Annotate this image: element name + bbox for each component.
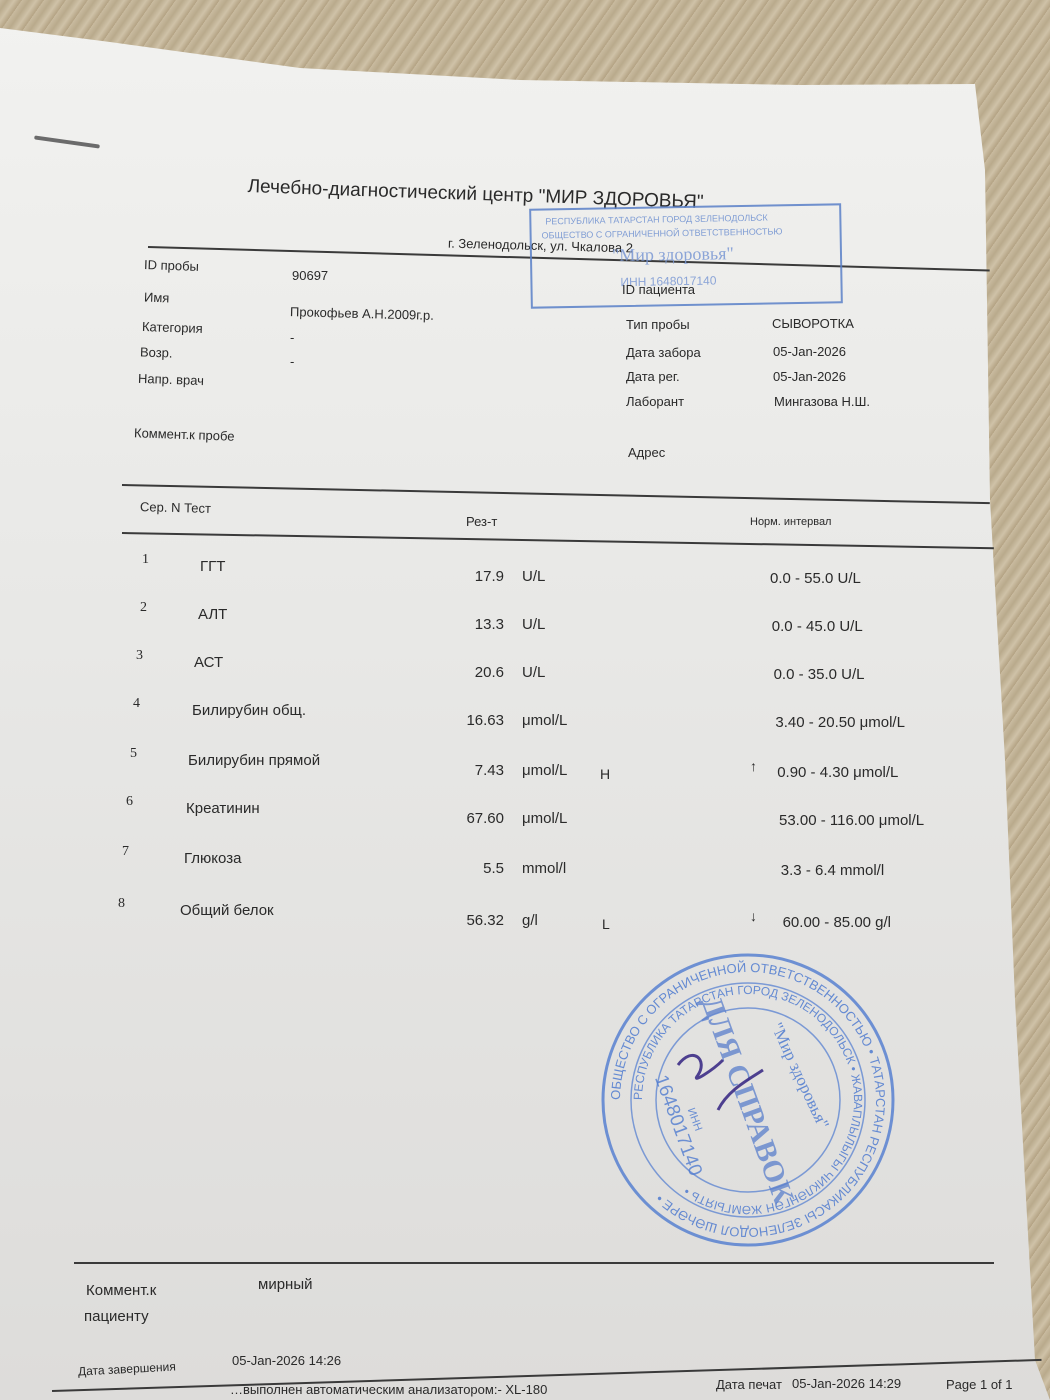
row-number: 8 — [118, 896, 125, 912]
collection-date-value: 05-Jan-2026 — [773, 344, 846, 359]
normal-range: 3.3 - 6.4 mmol/l — [781, 862, 884, 879]
abnormal-arrow-icon: ↑ — [750, 758, 757, 774]
test-name: ГГТ — [200, 558, 225, 575]
result-value: 20.6 — [440, 664, 504, 681]
print-date-label: Дата печат — [716, 1377, 782, 1392]
age-value: - — [290, 354, 294, 369]
row-number: 5 — [130, 746, 137, 762]
test-name: Билирубин прямой — [188, 752, 320, 769]
test-name: Билирубин общ. — [192, 702, 306, 719]
lab-technician-value: Мингазова Н.Ш. — [774, 394, 870, 409]
normal-range: 0.0 - 45.0 U/L — [772, 618, 863, 635]
patient-comment-label: Коммент.к — [86, 1282, 156, 1299]
result-value: 67.60 — [440, 810, 504, 827]
normal-range: 53.00 - 116.00 μmol/L — [779, 812, 924, 829]
row-number: 7 — [122, 844, 129, 860]
column-header-result: Рез-т — [466, 514, 497, 529]
address-label: Адрес — [628, 445, 665, 460]
category-label: Категория — [142, 319, 203, 336]
column-header-range: Норм. интервал — [750, 516, 831, 528]
result-value: 56.32 — [440, 912, 504, 929]
result-value: 13.3 — [440, 616, 504, 633]
row-number: 3 — [136, 648, 143, 664]
collection-date-label: Дата забора — [626, 345, 701, 360]
result-unit: μmol/L — [522, 762, 567, 779]
abnormal-arrow-icon: ↓ — [750, 908, 757, 924]
result-value: 17.9 — [440, 568, 504, 585]
svg-text:"Мир здоровья": "Мир здоровья" — [767, 1020, 833, 1132]
analyzer-note: …выполнен автоматическим анализатором:- … — [230, 1382, 547, 1397]
patient-id-label: ID пациента — [622, 282, 695, 297]
sample-type-value: СЫВОРОТКА — [772, 316, 854, 331]
result-unit: U/L — [522, 616, 545, 633]
test-name: Креатинин — [186, 800, 260, 817]
sample-type-label: Тип пробы — [626, 317, 690, 332]
name-label: Имя — [144, 290, 170, 306]
result-unit: g/l — [522, 912, 538, 929]
row-number: 4 — [133, 696, 140, 712]
normal-range: 3.40 - 20.50 μmol/L — [775, 714, 905, 731]
abnormal-flag: H — [600, 766, 610, 782]
result-unit: U/L — [522, 664, 545, 681]
completion-date-value: 05-Jan-2026 14:26 — [232, 1353, 341, 1368]
column-header-num-test: Сер. N Тест — [140, 499, 211, 516]
result-unit: μmol/L — [522, 712, 567, 729]
lab-technician-label: Лаборант — [626, 394, 684, 409]
page-number: Page 1 of 1 — [946, 1377, 1013, 1392]
registration-date-value: 05-Jan-2026 — [773, 369, 846, 384]
sample-id-value: 90697 — [292, 268, 328, 283]
result-value: 5.5 — [440, 860, 504, 877]
print-date-value: 05-Jan-2026 14:29 — [792, 1376, 901, 1391]
patient-comment-label-2: пациенту — [84, 1308, 149, 1325]
normal-range: 60.00 - 85.00 g/l — [783, 914, 891, 931]
test-name: АЛТ — [198, 606, 227, 623]
referring-doctor-label: Напр. врач — [138, 371, 204, 388]
result-unit: mmol/l — [522, 860, 566, 877]
row-number: 6 — [126, 794, 133, 810]
result-unit: U/L — [522, 568, 545, 585]
test-name: АСТ — [194, 654, 223, 671]
category-value: - — [290, 330, 294, 345]
age-label: Возр. — [140, 344, 173, 360]
stamp-name: "Мир здоровья" — [612, 243, 734, 266]
round-stamp: ОБЩЕСТВО С ОГРАНИЧЕННОЙ ОТВЕТСТВЕННОСТЬЮ… — [598, 950, 898, 1250]
result-value: 7.43 — [440, 762, 504, 779]
row-number: 2 — [140, 600, 147, 616]
result-value: 16.63 — [440, 712, 504, 729]
normal-range: 0.0 - 35.0 U/L — [774, 666, 865, 683]
test-name: Общий белок — [180, 902, 274, 919]
sample-id-label: ID пробы — [144, 257, 199, 274]
divider — [74, 1262, 994, 1264]
normal-range: 0.90 - 4.30 μmol/L — [777, 764, 898, 781]
registration-date-label: Дата рег. — [626, 369, 680, 384]
abnormal-flag: L — [602, 916, 610, 932]
normal-range: 0.0 - 55.0 U/L — [770, 570, 861, 587]
row-number: 1 — [142, 552, 149, 568]
stamp-line: РЕСПУБЛИКА ТАТАРСТАН ГОРОД ЗЕЛЕНОДОЛЬСК — [545, 213, 767, 227]
stamp-line: ОБЩЕСТВО С ОГРАНИЧЕННОЙ ОТВЕТСТВЕННОСТЬЮ — [542, 226, 783, 240]
patient-comment-value: мирный — [258, 1276, 312, 1293]
result-unit: μmol/L — [522, 810, 567, 827]
test-name: Глюкоза — [184, 850, 241, 867]
